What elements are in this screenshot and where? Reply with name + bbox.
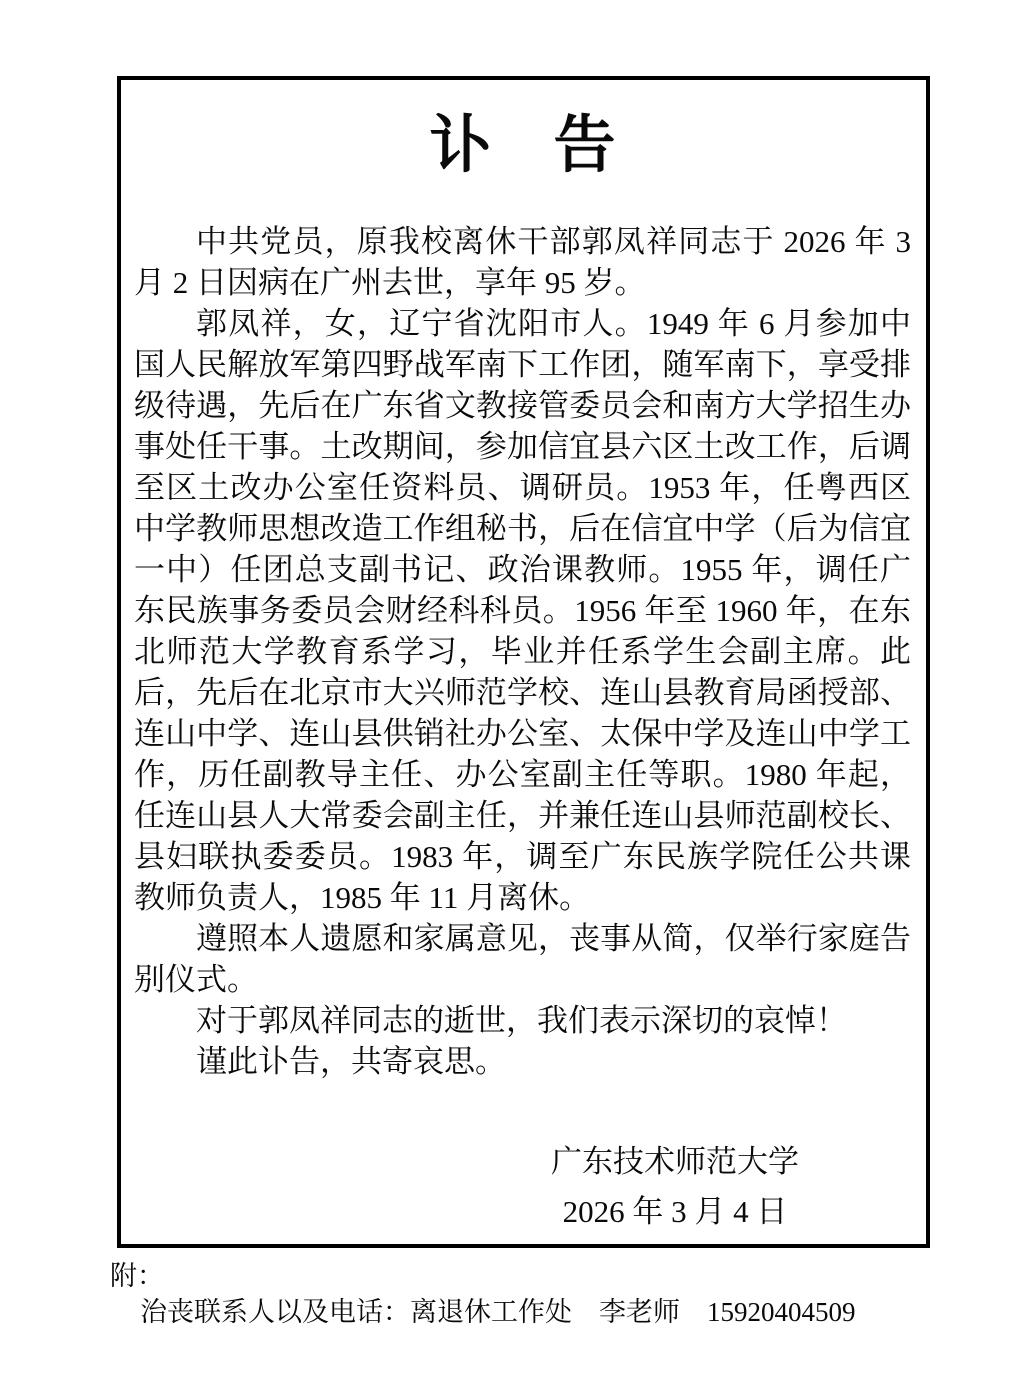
signature-block: 广东技术师范大学 2026 年 3 月 4 日 (551, 1137, 799, 1237)
appendix-label: 附： (110, 1258, 856, 1294)
appendix-contact-line: 治丧联系人以及电话：离退休工作处 李老师 15920404509 (140, 1294, 856, 1330)
notice-body: 中共党员，原我校离休干部郭凤祥同志于 2026 年 3 月 2 日因病在广州去世… (134, 221, 911, 1082)
notice-paragraph-closing: 谨此讣告，共寄哀思。 (134, 1041, 911, 1082)
page-title: 讣 告 (134, 110, 911, 181)
obituary-page: { "document": { "title": "讣 告", "paragra… (0, 0, 1024, 1396)
notice-border-box: 讣 告 中共党员，原我校离休干部郭凤祥同志于 2026 年 3 月 2 日因病在… (117, 76, 930, 1248)
notice-paragraph-death-announcement: 中共党员，原我校离休干部郭凤祥同志于 2026 年 3 月 2 日因病在广州去世… (134, 221, 911, 303)
signature-date: 2026 年 3 月 4 日 (551, 1187, 799, 1237)
notice-paragraph-biography: 郭凤祥，女，辽宁省沈阳市人。1949 年 6 月参加中国人民解放军第四野战军南下… (134, 303, 911, 918)
signature-organization: 广东技术师范大学 (551, 1137, 799, 1187)
notice-paragraph-condolence: 对于郭凤祥同志的逝世，我们表示深切的哀悼！ (134, 1000, 911, 1041)
notice-paragraph-funeral-arrangement: 遵照本人遗愿和家属意见，丧事从简，仅举行家庭告别仪式。 (134, 918, 911, 1000)
appendix-block: 附： 治丧联系人以及电话：离退休工作处 李老师 15920404509 (110, 1258, 856, 1330)
